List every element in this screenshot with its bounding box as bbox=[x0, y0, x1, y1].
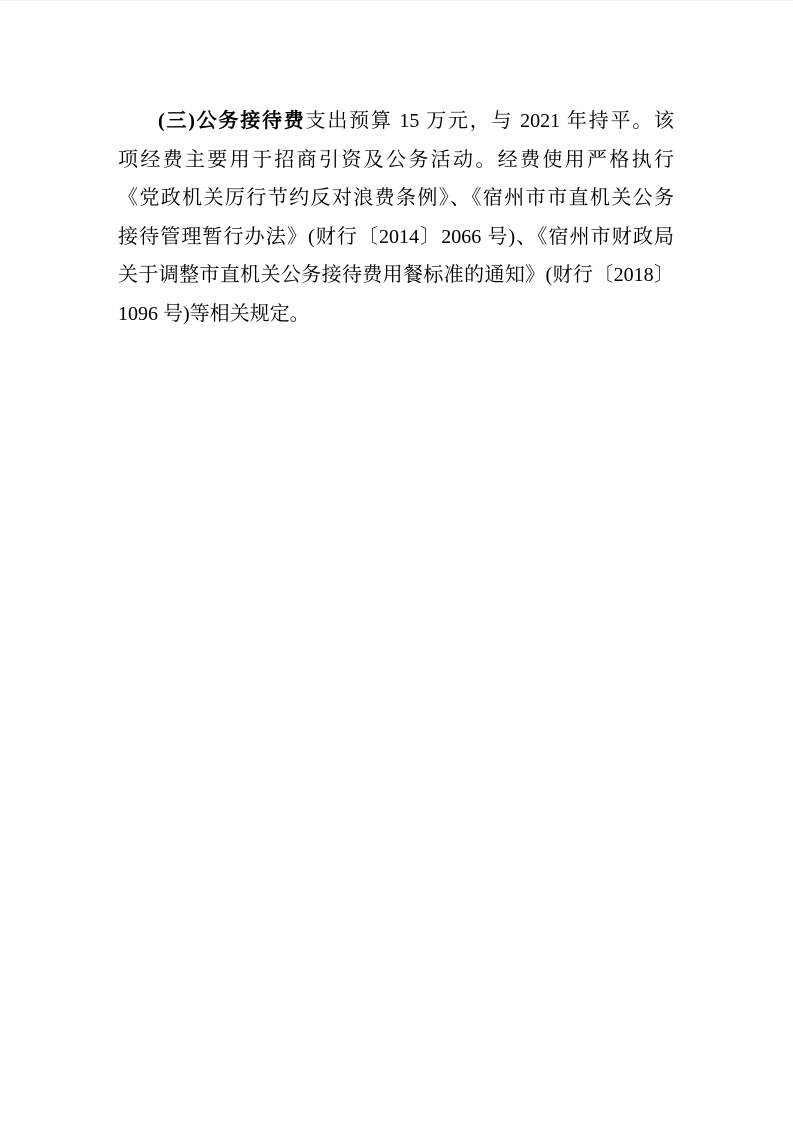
paragraph-line-3: 《党政机关厉行节约反对浪费条例》、《宿州市市直机关公务 bbox=[118, 179, 674, 218]
paragraph-line-4: 接待管理暂行办法》(财行〔2014〕2066 号)、《宿州市财政局 bbox=[118, 218, 674, 257]
paragraph-line-5: 关于调整市直机关公务接待费用餐标准的通知》(财行〔2018〕 bbox=[118, 256, 674, 295]
paragraph-line-2: 项经费主要用于招商引资及公务活动。经费使用严格执行 bbox=[118, 141, 674, 180]
paragraph-lead-bold: (三)公务接待费 bbox=[158, 110, 306, 132]
paragraph-line-1: (三)公务接待费支出预算 15 万元，与 2021 年持平。该 bbox=[118, 102, 674, 141]
paragraph-line-6: 1096 号)等相关规定。 bbox=[118, 295, 674, 334]
paragraph-block: (三)公务接待费支出预算 15 万元，与 2021 年持平。该 项经费主要用于招… bbox=[118, 102, 674, 333]
paragraph-line-1-text: 支出预算 15 万元，与 2021 年持平。该 bbox=[306, 110, 674, 132]
document-page: (三)公务接待费支出预算 15 万元，与 2021 年持平。该 项经费主要用于招… bbox=[0, 0, 793, 1122]
